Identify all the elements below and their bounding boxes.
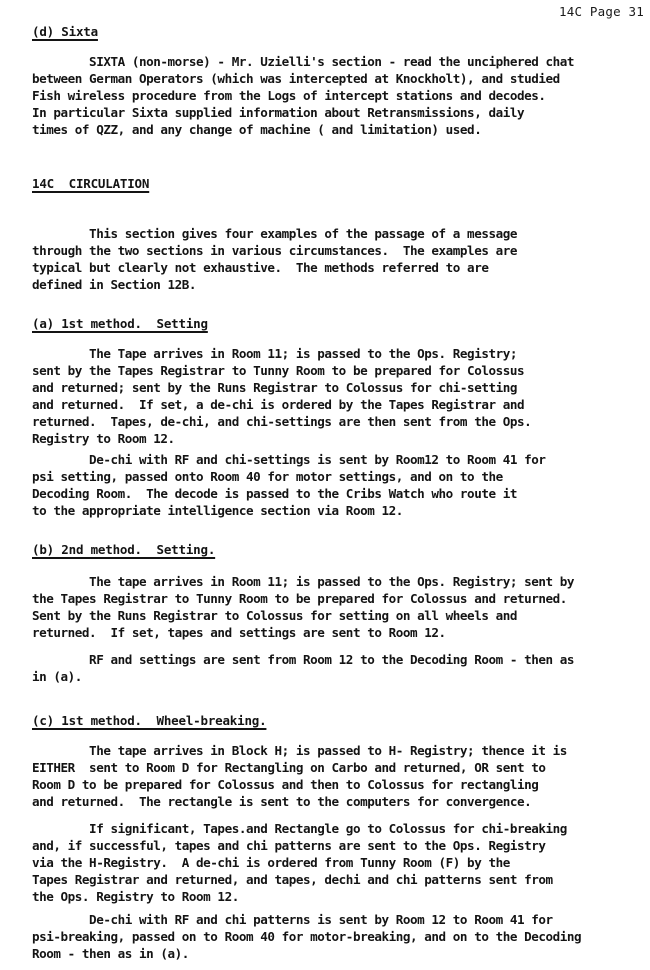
text-line: In particular Sixta supplied information…: [32, 104, 632, 121]
page-number-header: 14C Page 31: [559, 4, 644, 19]
paragraph-b-2: RF and settings are sent from Room 12 to…: [32, 651, 632, 685]
text-line: If significant, Tapes.and Rectangle go t…: [32, 820, 632, 837]
text-line: through the two sections in various circ…: [32, 242, 632, 259]
text-line: typical but clearly not exhaustive. The …: [32, 259, 632, 276]
text-line: De-chi with RF and chi-settings is sent …: [32, 451, 632, 468]
text-line: defined in Section 12B.: [32, 276, 632, 293]
text-line: sent by the Tapes Registrar to Tunny Roo…: [32, 362, 632, 379]
text-line: RF and settings are sent from Room 12 to…: [32, 651, 632, 668]
text-line: returned. If set, tapes and settings are…: [32, 624, 632, 641]
text-line: The Tape arrives in Room 11; is passed t…: [32, 345, 632, 362]
text-line: EITHER sent to Room D for Rectangling on…: [32, 759, 632, 776]
text-line: the Tapes Registrar to Tunny Room to be …: [32, 590, 632, 607]
text-line: Tapes Registrar and returned, and tapes,…: [32, 871, 632, 888]
text-line: psi-breaking, passed on to Room 40 for m…: [32, 928, 632, 945]
text-line: Sent by the Runs Registrar to Colossus f…: [32, 607, 632, 624]
text-line: Room - then as in (a).: [32, 945, 632, 962]
text-line: the Ops. Registry to Room 12.: [32, 888, 632, 905]
text-line: in (a).: [32, 668, 632, 685]
paragraph-c-2: If significant, Tapes.and Rectangle go t…: [32, 820, 632, 905]
text-line: returned. Tapes, de-chi, and chi-setting…: [32, 413, 632, 430]
paragraph-a-2: De-chi with RF and chi-settings is sent …: [32, 451, 632, 519]
heading-a-1st-method-setting: (a) 1st method. Setting: [32, 316, 208, 331]
text-line: Room D to be prepared for Colossus and t…: [32, 776, 632, 793]
paragraph-c-3: De-chi with RF and chi patterns is sent …: [32, 911, 632, 962]
text-line: Registry to Room 12.: [32, 430, 632, 447]
text-line: The tape arrives in Room 11; is passed t…: [32, 573, 632, 590]
text-line: and returned. If set, a de-chi is ordere…: [32, 396, 632, 413]
heading-c-wheel-breaking: (c) 1st method. Wheel-breaking.: [32, 713, 266, 728]
text-line: Fish wireless procedure from the Logs of…: [32, 87, 632, 104]
heading-d-sixta: (d) Sixta: [32, 24, 98, 39]
text-line: psi setting, passed onto Room 40 for mot…: [32, 468, 632, 485]
paragraph-b-1: The tape arrives in Room 11; is passed t…: [32, 573, 632, 641]
text-line: The tape arrives in Block H; is passed t…: [32, 742, 632, 759]
paragraph-circulation-intro: This section gives four examples of the …: [32, 225, 632, 293]
text-line: via the H-Registry. A de-chi is ordered …: [32, 854, 632, 871]
text-line: to the appropriate intelligence section …: [32, 502, 632, 519]
text-line: SIXTA (non-morse) - Mr. Uzielli's sectio…: [32, 53, 632, 70]
paragraph-a-1: The Tape arrives in Room 11; is passed t…: [32, 345, 632, 447]
text-line: between German Operators (which was inte…: [32, 70, 632, 87]
text-line: and, if successful, tapes and chi patter…: [32, 837, 632, 854]
document-page: 14C Page 31 (d) Sixta SIXTA (non-morse) …: [0, 0, 650, 970]
heading-circulation: 14C CIRCULATION: [32, 176, 149, 191]
text-line: and returned; sent by the Runs Registrar…: [32, 379, 632, 396]
text-line: Decoding Room. The decode is passed to t…: [32, 485, 632, 502]
paragraph-sixta: SIXTA (non-morse) - Mr. Uzielli's sectio…: [32, 53, 632, 138]
heading-b-2nd-method-setting: (b) 2nd method. Setting.: [32, 542, 215, 557]
text-line: and returned. The rectangle is sent to t…: [32, 793, 632, 810]
text-line: times of QZZ, and any change of machine …: [32, 121, 632, 138]
text-line: This section gives four examples of the …: [32, 225, 632, 242]
paragraph-c-1: The tape arrives in Block H; is passed t…: [32, 742, 632, 810]
text-line: De-chi with RF and chi patterns is sent …: [32, 911, 632, 928]
